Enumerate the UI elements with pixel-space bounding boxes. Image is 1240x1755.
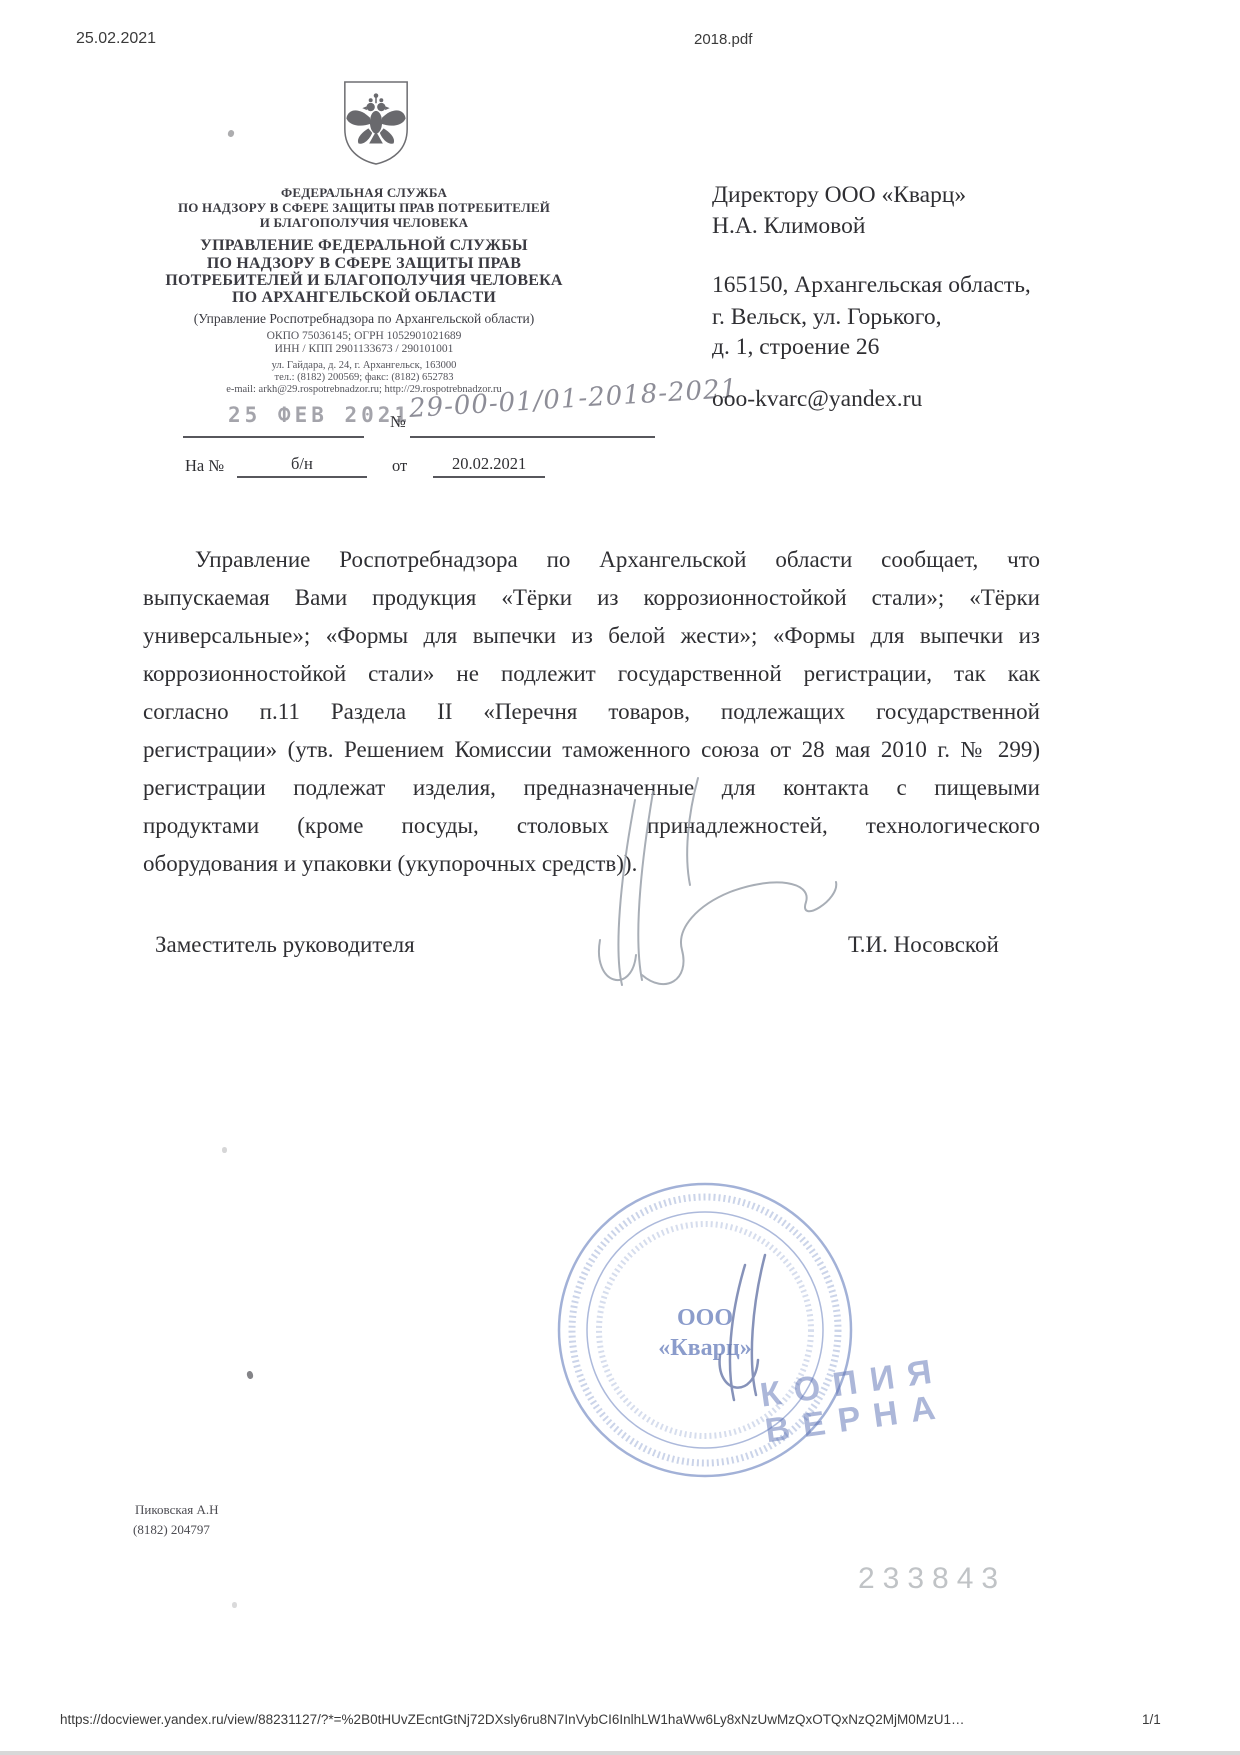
- reference-number-label: На №: [185, 456, 224, 476]
- print-header-date: 25.02.2021: [76, 30, 156, 48]
- letterhead-short-name: (Управление Роспотребнадзора по Архангел…: [144, 311, 584, 327]
- incoming-date-stamp: 25 ФЕВ 2021: [228, 403, 411, 427]
- document-page: { "print_header": { "date": "25.02.2021"…: [0, 0, 1240, 1755]
- field-underline: [433, 476, 545, 478]
- letter-body-line: выпускаемая Вами продукция «Тёрки из кор…: [143, 583, 1040, 613]
- letterhead-office-line: УПРАВЛЕНИЕ ФЕДЕРАЛЬНОЙ СЛУЖБЫ: [144, 237, 584, 254]
- page-numbering-stamp: 233843: [858, 1562, 1006, 1596]
- footer-page-indicator: 1/1: [1142, 1712, 1161, 1727]
- recipient-address-line: г. Вельск, ул. Горького,: [712, 304, 941, 330]
- print-header-filename: 2018.pdf: [694, 31, 752, 48]
- letterhead-agency-line: ПО НАДЗОРУ В СФЕРЕ ЗАЩИТЫ ПРАВ ПОТРЕБИТЕ…: [144, 201, 584, 215]
- recipient-title: Директору ООО «Кварц»: [712, 182, 966, 208]
- coat-of-arms-emblem: [338, 78, 414, 173]
- scan-speck: [222, 1147, 227, 1153]
- recipient-name: Н.А. Климовой: [712, 213, 865, 239]
- reference-from-label: от: [392, 456, 407, 476]
- letterhead-agency-line: ФЕДЕРАЛЬНАЯ СЛУЖБА: [144, 186, 584, 200]
- letter-body-line: Управление Роспотребнадзора по Архангель…: [143, 545, 1040, 575]
- recipient-email: ooo-kvarc@yandex.ru: [712, 386, 922, 412]
- footer-url: https://docviewer.yandex.ru/view/8823112…: [60, 1712, 964, 1727]
- handwritten-signature: [540, 770, 880, 1015]
- reference-number-value: б/н: [291, 454, 313, 474]
- letterhead-office-line: ПО АРХАНГЕЛЬСКОЙ ОБЛАСТИ: [144, 289, 584, 306]
- letterhead-requisites-inn: ИНН / КПП 2901133673 / 290101001: [144, 343, 584, 355]
- letter-body-line: регистрации» (утв. Решением Комиссии там…: [143, 735, 1040, 765]
- outgoing-number-label: №: [390, 412, 406, 432]
- recipient-address-line: 165150, Архангельская область,: [712, 272, 1031, 298]
- letter-body-line: согласно п.11 Раздела II «Перечня товаро…: [143, 697, 1040, 727]
- letterhead-office-line: ПОТРЕБИТЕЛЕЙ И БЛАГОПОЛУЧИЯ ЧЕЛОВЕКА: [144, 272, 584, 289]
- letterhead-requisites-okpo: ОКПО 75036145; ОГРН 1052901021689: [144, 330, 584, 342]
- letterhead-phone-fax: тел.: (8182) 200569; факс: (8182) 652783: [144, 372, 584, 383]
- double-headed-eagle-icon: [338, 78, 414, 168]
- scan-speck: [246, 1370, 254, 1379]
- field-underline: [410, 436, 655, 438]
- executor-name: Пиковская А.Н: [135, 1502, 218, 1518]
- recipient-address-line: д. 1, строение 26: [712, 334, 879, 360]
- scan-speck: [232, 1602, 237, 1608]
- page-bottom-edge: [0, 1751, 1240, 1755]
- field-underline: [237, 476, 367, 478]
- field-underline: [183, 436, 364, 438]
- letter-body-line: коррозионностойкой стали» не подлежит го…: [143, 659, 1040, 689]
- signer-position-title: Заместитель руководителя: [155, 932, 415, 958]
- letterhead-office-line: ПО НАДЗОРУ В СФЕРЕ ЗАЩИТЫ ПРАВ: [144, 255, 584, 272]
- letterhead-agency-line: И БЛАГОПОЛУЧИЯ ЧЕЛОВЕКА: [144, 216, 584, 230]
- scan-speck: [227, 129, 235, 138]
- letter-body-line: универсальные»; «Формы для выпечки из бе…: [143, 621, 1040, 651]
- executor-phone: (8182) 204797: [133, 1522, 210, 1538]
- letterhead-street-address: ул. Гайдара, д. 24, г. Архангельск, 1630…: [144, 360, 584, 371]
- reference-date-value: 20.02.2021: [452, 454, 526, 474]
